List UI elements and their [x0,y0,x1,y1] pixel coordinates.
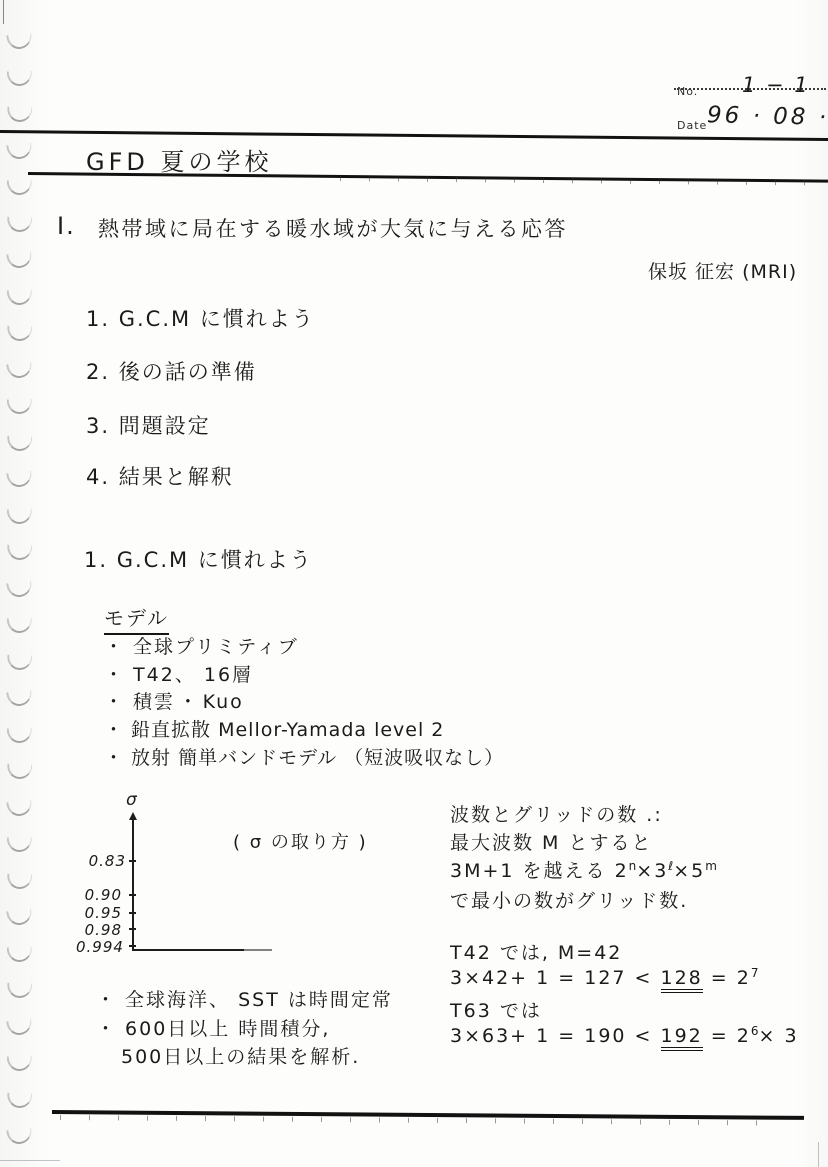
binding-hole [7,216,33,232]
model-item-4: ・ 鉛直拡散 Mellor-Yamada level 2 [104,715,444,742]
page-edge-mark-bottom-right [818,1142,819,1167]
grid-note-line-3: 3M+1 を越える 2n×3ℓ×5m [450,856,717,883]
sigma-tick-2 [129,894,136,896]
title-rule-ticks [340,176,828,186]
section-heading: 1. G.C.M に慣れよう [84,544,313,574]
page-edge-mark-top-left [3,0,4,24]
resolution-line-4: 3×63+ 1 = 190 < 192 = 26× 3 [450,1024,799,1047]
sigma-tick-label-4: 0.98 [80,921,122,939]
binding-hole [6,580,32,598]
binding-hole [6,799,32,817]
binding-hole [6,690,32,708]
binding-hole [7,508,33,524]
binding-hole [6,1018,32,1036]
model-item-3: ・ 積雲 ･ Kuo [104,687,244,714]
binding-hole [7,435,33,451]
agenda-item-2: 2. 後の話の準備 [86,356,257,386]
binding-hole [7,873,33,889]
binding-hole [7,837,33,853]
page-edge-mark-bottom-left [0,1160,60,1161]
binding-hole [7,289,33,305]
binding-hole [6,471,32,489]
sigma-caption: ( σ の取り方 ) [233,828,368,854]
binding-hole [7,983,33,999]
model-item-1: ・ 全球プリミティブ [104,632,299,659]
no-value: 1 − 1 [742,73,810,97]
course-title: GFD 夏の学校 [86,142,273,177]
agenda-item-1: 1. G.C.M に慣れよう [86,303,315,333]
resolution-line-1: T42 では, M=42 [450,938,622,965]
binding-hole [7,946,33,962]
grid-note-line-1: 波数とグリッドの数 .: [450,800,663,827]
binding-hole [7,326,33,342]
model-item-5: ・ 放射 簡単バンドモデル （短波吸収なし） [104,743,504,770]
binding-hole [7,399,33,415]
binding-hole [7,70,33,86]
agenda-item-4: 4. 結果と解釈 [86,461,234,491]
sigma-diagram: σ 0.83 0.90 0.95 0.98 0.994 [80,790,330,965]
sigma-x-axis [132,949,244,951]
lecture-numeral: I. [57,212,76,240]
sigma-tick-4 [129,928,136,930]
author-name: 保坂 征宏 (MRI) [648,257,797,284]
binding-hole [7,727,33,743]
sigma-tick-label-2: 0.90 [80,886,122,904]
sigma-tick-5 [129,945,136,947]
binding-hole [7,1092,33,1108]
binding-hole [7,107,33,123]
binding-hole [6,33,32,51]
sigma-x-axis-tail [244,949,272,951]
experiment-item-1: ・ 全球海洋、 SST は時間定常 [96,985,393,1012]
binding-hole [7,1056,33,1072]
sigma-tick-label-5: 0.994 [76,938,118,956]
binding-hole [7,654,33,670]
sigma-y-axis [132,818,134,951]
binding-hole [6,909,32,927]
date-value: 96 · 08 · 27 [707,102,828,132]
resolution-line-3: T63 では [450,996,542,1023]
date-label: Date [677,119,707,132]
resolution-line-2: 3×42+ 1 = 127 < 128 = 27 [450,966,759,989]
binding-hole [6,1128,32,1146]
experiment-item-3: 500日以上の結果を解析. [121,1042,360,1069]
sigma-tick-1 [129,860,136,862]
binding-hole [7,180,33,196]
sigma-tick-label-1: 0.83 [84,852,126,870]
notebook-page: No. 1 − 1 Date 96 · 08 · 27 GFD 夏の学校 I. … [0,0,828,1167]
agenda-item-3: 3. 問題設定 [86,410,211,440]
experiment-item-2: ・ 600日以上 時間積分, [96,1014,330,1041]
grid-note-line-2: 最大波数 M とすると [450,828,652,855]
lecture-title: 熱帯域に局在する暖水域が大気に与える応答 [98,213,568,243]
grid-note-line-4: で最小の数がグリッド数. [450,886,688,913]
binding-hole [7,545,33,561]
sigma-tick-3 [129,912,136,914]
sigma-tick-label-3: 0.95 [80,904,122,922]
binding-hole [6,252,32,270]
model-item-2: ・ T42、 16層 [104,660,253,687]
model-heading: モデル [104,602,169,635]
sigma-axis-label: σ [126,790,137,810]
no-label: No. [677,85,698,98]
binding-hole [6,142,32,160]
binding-hole [6,361,32,379]
binding-hole [7,618,33,634]
binding-hole [7,764,33,780]
